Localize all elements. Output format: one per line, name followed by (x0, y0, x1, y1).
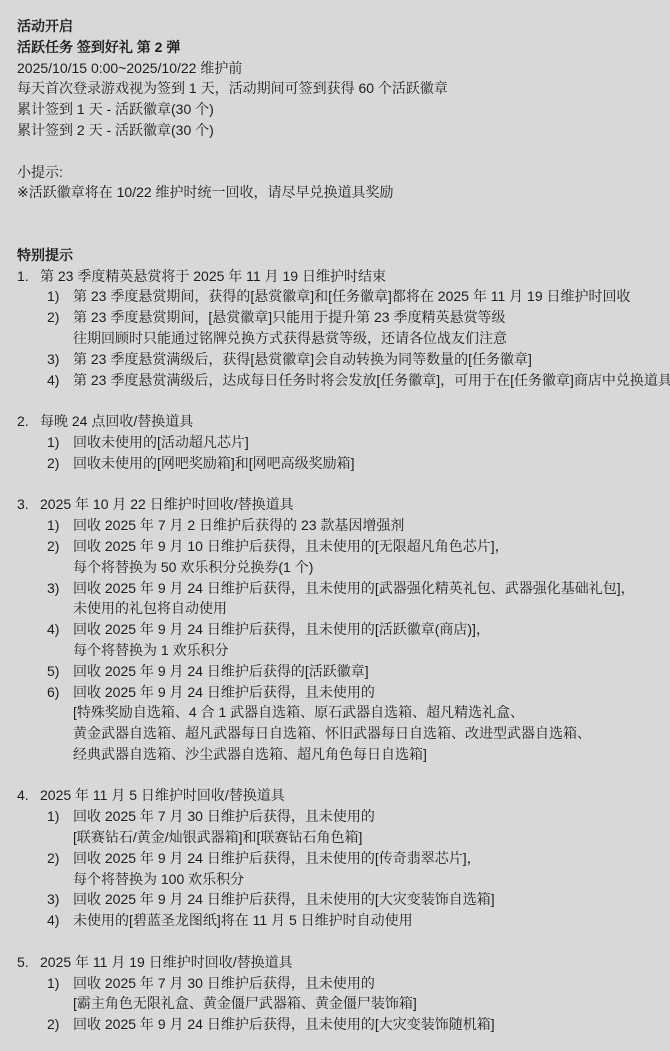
line-text: 第 23 季度悬赏期间，[悬赏徽章]只能用于提升第 23 季度精英悬赏等级 (73, 309, 505, 325)
paragraph-line: ※活跃徽章将在 10/22 维护时统一回收，请尽早兑换道具奖励 (0, 182, 664, 203)
numbered-item-level1: 3.2025 年 10 月 22 日维护时回收/替换道具 (0, 494, 664, 515)
continuation-line: 往期回顾时只能通过铭牌兑换方式获得悬赏等级，还请各位战友们注意 (0, 328, 664, 349)
paragraph-line: 小提示: (0, 162, 664, 183)
line-text: 第 23 季度精英悬赏将于 2025 年 11 月 19 日维护时结束 (40, 268, 386, 284)
list-item-number: 1) (47, 432, 73, 453)
line-text: 回收 2025 年 9 月 24 日维护后获得，且未使用的[活跃徽章(商店)]， (73, 621, 490, 637)
line-text: 未使用的[碧蓝圣龙图纸]将在 11 月 5 日维护时自动使用 (73, 912, 413, 928)
list-item-number: 3) (47, 889, 73, 910)
list-item-number: 4) (47, 910, 73, 931)
paragraph-line: 2025/10/15 0:00~2025/10/22 维护前 (0, 58, 664, 79)
line-text: 回收 2025 年 9 月 24 日维护后获得的[活跃徽章] (73, 663, 369, 679)
line-text: 活动开启 (17, 18, 73, 34)
line-text: 回收 2025 年 9 月 24 日维护后获得，且未使用的[大灾变装饰随机箱] (73, 1016, 495, 1032)
numbered-item-level2: 3)回收 2025 年 9 月 24 日维护后获得，且未使用的[大灾变装饰自选箱… (0, 889, 664, 910)
line-text: 往期回顾时只能通过铭牌兑换方式获得悬赏等级，还请各位战友们注意 (73, 330, 507, 346)
list-item-number: 2) (47, 1014, 73, 1035)
blank-line (0, 203, 664, 224)
line-text: 2025 年 11 月 19 日维护时回收/替换道具 (40, 954, 293, 970)
list-item-number: 2) (47, 307, 73, 328)
line-text: 每个将替换为 1 欢乐积分 (73, 642, 229, 658)
line-text: 第 23 季度悬赏满级后，达成每日任务时将会发放[任务徽章]，可用于在[任务徽章… (73, 372, 670, 388)
numbered-item-level2: 2)回收 2025 年 9 月 10 日维护后获得，且未使用的[无限超凡角色芯片… (0, 536, 664, 557)
line-text: 累计签到 1 天 - 活跃徽章(30 个) (17, 101, 214, 117)
line-text: ※活跃徽章将在 10/22 维护时统一回收，请尽早兑换道具奖励 (17, 184, 394, 200)
line-text: 回收未使用的[活动超凡芯片] (73, 434, 249, 450)
numbered-item-level2: 1)回收 2025 年 7 月 30 日维护后获得，且未使用的 (0, 806, 664, 827)
numbered-item-level2: 3)第 23 季度悬赏满级后，获得[悬赏徽章]会自动转换为同等数量的[任务徽章] (0, 349, 664, 370)
list-item-number: 3) (47, 578, 73, 599)
line-text: 第 23 季度悬赏期间，获得的[悬赏徽章]和[任务徽章]都将在 2025 年 1… (73, 288, 631, 304)
continuation-line: [霸主角色无限礼盒、黄金僵尸武器箱、黄金僵尸装饰箱] (0, 993, 664, 1014)
section-title-line: 活动开启 (0, 16, 664, 37)
blank-line (0, 390, 664, 411)
blank-line (0, 474, 664, 495)
list-item-number: 2) (47, 453, 73, 474)
numbered-item-level1: 2.每晚 24 点回收/替换道具 (0, 411, 664, 432)
line-text: 每个将替换为 50 欢乐积分兑换券(1 个) (73, 559, 313, 575)
list-item-number: 2) (47, 848, 73, 869)
list-item-number: 5) (47, 661, 73, 682)
line-text: 回收 2025 年 7 月 30 日维护后获得，且未使用的 (73, 808, 375, 824)
paragraph-line: 累计签到 2 天 - 活跃徽章(30 个) (0, 120, 664, 141)
numbered-item-level2: 2)回收未使用的[网吧奖励箱]和[网吧高级奖励箱] (0, 453, 664, 474)
line-text: 每个将替换为 100 欢乐积分 (73, 871, 244, 887)
list-item-number: 1) (47, 515, 73, 536)
continuation-line: 每个将替换为 50 欢乐积分兑换券(1 个) (0, 557, 664, 578)
line-text: 回收 2025 年 9 月 24 日维护后获得，且未使用的[武器强化精英礼包、武… (73, 580, 635, 596)
line-text: 2025 年 10 月 22 日维护时回收/替换道具 (40, 496, 294, 512)
list-item-number: 1. (17, 266, 40, 287)
continuation-line: 每个将替换为 1 欢乐积分 (0, 640, 664, 661)
continuation-line: 未使用的礼包将自动使用 (0, 598, 664, 619)
list-item-number: 3) (47, 349, 73, 370)
list-item-number: 4. (17, 785, 40, 806)
paragraph-line: 累计签到 1 天 - 活跃徽章(30 个) (0, 99, 664, 120)
line-text: 小提示: (17, 164, 63, 180)
line-text: 黄金武器自选箱、超凡武器每日自选箱、怀旧武器每日自选箱、改进型武器自选箱、 (73, 725, 591, 741)
line-text: [霸主角色无限礼盒、黄金僵尸武器箱、黄金僵尸装饰箱] (73, 995, 417, 1011)
line-text: 第 23 季度悬赏满级后，获得[悬赏徽章]会自动转换为同等数量的[任务徽章] (73, 351, 532, 367)
list-item-number: 1) (47, 806, 73, 827)
line-text: 每晚 24 点回收/替换道具 (40, 413, 193, 429)
numbered-item-level2: 2)回收 2025 年 9 月 24 日维护后获得，且未使用的[大灾变装饰随机箱… (0, 1014, 664, 1035)
numbered-item-level2: 5)回收 2025 年 9 月 24 日维护后获得的[活跃徽章] (0, 661, 664, 682)
list-item-number: 4) (47, 370, 73, 391)
line-text: [联赛钻石/黄金/灿银武器箱]和[联赛钻石角色箱] (73, 829, 362, 845)
line-text: 回收 2025 年 7 月 30 日维护后获得，且未使用的 (73, 975, 375, 991)
list-item-number: 4) (47, 619, 73, 640)
line-text: 回收 2025 年 7 月 2 日维护后获得的 23 款基因增强剂 (73, 517, 404, 533)
line-text: 回收 2025 年 9 月 24 日维护后获得，且未使用的[大灾变装饰自选箱] (73, 891, 495, 907)
continuation-line: 黄金武器自选箱、超凡武器每日自选箱、怀旧武器每日自选箱、改进型武器自选箱、 (0, 723, 664, 744)
numbered-item-level1: 5.2025 年 11 月 19 日维护时回收/替换道具 (0, 952, 664, 973)
list-item-number: 1) (47, 286, 73, 307)
continuation-line: 经典武器自选箱、沙尘武器自选箱、超凡角色每日自选箱] (0, 744, 664, 765)
line-text: 每天首次登录游戏视为签到 1 天，活动期间可签到获得 60 个活跃徽章 (17, 80, 448, 96)
numbered-item-level2: 1)回收未使用的[活动超凡芯片] (0, 432, 664, 453)
list-item-number: 5. (17, 952, 40, 973)
section-title-line: 特别提示 (0, 245, 664, 266)
line-text: 活跃任务 签到好礼 第 2 弹 (17, 39, 180, 55)
blank-line (0, 141, 664, 162)
numbered-item-level2: 1)第 23 季度悬赏期间，获得的[悬赏徽章]和[任务徽章]都将在 2025 年… (0, 286, 664, 307)
notes-document: 活动开启活跃任务 签到好礼 第 2 弹2025/10/15 0:00~2025/… (0, 0, 670, 1035)
numbered-item-level2: 4)第 23 季度悬赏满级后，达成每日任务时将会发放[任务徽章]，可用于在[任务… (0, 370, 664, 391)
line-text: 回收未使用的[网吧奖励箱]和[网吧高级奖励箱] (73, 455, 355, 471)
blank-line (0, 931, 664, 952)
numbered-item-level2: 1)回收 2025 年 7 月 30 日维护后获得，且未使用的 (0, 973, 664, 994)
numbered-item-level2: 2)回收 2025 年 9 月 24 日维护后获得，且未使用的[传奇翡翠芯片]， (0, 848, 664, 869)
list-item-number: 1) (47, 973, 73, 994)
line-text: 回收 2025 年 9 月 10 日维护后获得，且未使用的[无限超凡角色芯片]， (73, 538, 509, 554)
continuation-line: 每个将替换为 100 欢乐积分 (0, 869, 664, 890)
section-title-line: 活跃任务 签到好礼 第 2 弹 (0, 37, 664, 58)
line-text: 经典武器自选箱、沙尘武器自选箱、超凡角色每日自选箱] (73, 746, 427, 762)
list-item-number: 2. (17, 411, 40, 432)
numbered-item-level2: 6)回收 2025 年 9 月 24 日维护后获得，且未使用的 (0, 682, 664, 703)
line-text: 2025/10/15 0:00~2025/10/22 维护前 (17, 60, 242, 76)
list-item-number: 3. (17, 494, 40, 515)
blank-line (0, 765, 664, 786)
numbered-item-level2: 3)回收 2025 年 9 月 24 日维护后获得，且未使用的[武器强化精英礼包… (0, 578, 664, 599)
paragraph-line: 每天首次登录游戏视为签到 1 天，活动期间可签到获得 60 个活跃徽章 (0, 78, 664, 99)
continuation-line: [联赛钻石/黄金/灿银武器箱]和[联赛钻石角色箱] (0, 827, 664, 848)
blank-line (0, 224, 664, 245)
numbered-item-level2: 4)未使用的[碧蓝圣龙图纸]将在 11 月 5 日维护时自动使用 (0, 910, 664, 931)
list-item-number: 2) (47, 536, 73, 557)
numbered-item-level2: 4)回收 2025 年 9 月 24 日维护后获得，且未使用的[活跃徽章(商店)… (0, 619, 664, 640)
list-item-number: 6) (47, 682, 73, 703)
line-text: 2025 年 11 月 5 日维护时回收/替换道具 (40, 787, 285, 803)
numbered-item-level1: 4.2025 年 11 月 5 日维护时回收/替换道具 (0, 785, 664, 806)
line-text: 回收 2025 年 9 月 24 日维护后获得，且未使用的[传奇翡翠芯片]， (73, 850, 481, 866)
line-text: 回收 2025 年 9 月 24 日维护后获得，且未使用的 (73, 684, 375, 700)
line-text: [特殊奖励自选箱、4 合 1 武器自选箱、原石武器自选箱、超凡精选礼盒、 (73, 704, 524, 720)
numbered-item-level1: 1.第 23 季度精英悬赏将于 2025 年 11 月 19 日维护时结束 (0, 266, 664, 287)
line-text: 累计签到 2 天 - 活跃徽章(30 个) (17, 122, 214, 138)
continuation-line: [特殊奖励自选箱、4 合 1 武器自选箱、原石武器自选箱、超凡精选礼盒、 (0, 702, 664, 723)
numbered-item-level2: 2)第 23 季度悬赏期间，[悬赏徽章]只能用于提升第 23 季度精英悬赏等级 (0, 307, 664, 328)
line-text: 未使用的礼包将自动使用 (73, 600, 227, 616)
numbered-item-level2: 1)回收 2025 年 7 月 2 日维护后获得的 23 款基因增强剂 (0, 515, 664, 536)
line-text: 特别提示 (17, 247, 73, 263)
